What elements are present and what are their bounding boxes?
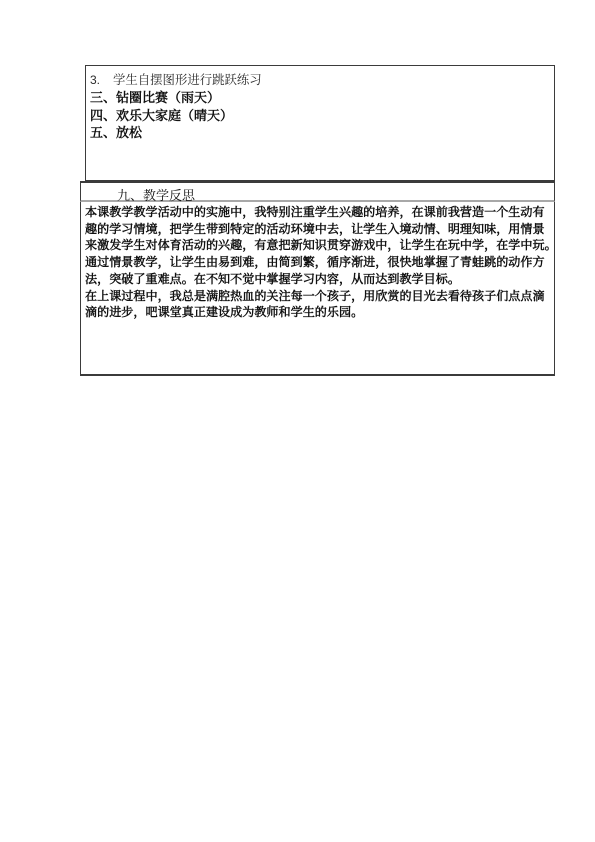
- table-cell-section-header: 九、教学反思: [80, 181, 555, 202]
- reflection-text-line: 法，突破了重难点。在不知不觉中掌握学习内容，从而达到教学目标。: [85, 271, 550, 288]
- document-page: 3.学生自摆图形进行跳跃练习 三、钻圈比赛（雨天） 四、欢乐大家庭（晴天） 五、…: [0, 0, 595, 842]
- lesson-step-text: 学生自摆图形进行跳跃练习: [113, 73, 262, 87]
- table-cell-reflection-body: 本课教学教学活动中的实施中，我特别注重学生兴趣的培养，在课前我营造一个生动有 趣…: [80, 202, 555, 376]
- reflection-text-line: 趣的学习情境，把学生带到特定的活动环境中去，让学生入境动情、明理知味，用情景: [85, 221, 550, 238]
- lesson-step-item: 三、钻圈比赛（雨天）: [90, 89, 550, 106]
- lesson-step-item: 四、欢乐大家庭（晴天）: [90, 107, 550, 124]
- section-header-title: 九、教学反思: [117, 188, 195, 203]
- table-cell-lesson-steps: 3.学生自摆图形进行跳跃练习 三、钻圈比赛（雨天） 四、欢乐大家庭（晴天） 五、…: [85, 65, 555, 181]
- reflection-text-line: 来激发学生对体育活动的兴趣，有意把新知识贯穿游戏中，让学生在玩中学，在学中玩。: [85, 237, 550, 254]
- lesson-step-item: 五、放松: [90, 124, 550, 141]
- reflection-text-line: 本课教学教学活动中的实施中，我特别注重学生兴趣的培养，在课前我营造一个生动有: [85, 204, 550, 221]
- lesson-step-number: 3.: [90, 72, 113, 89]
- reflection-text-line: 滴的进步，吧课堂真正建设成为教师和学生的乐园。: [85, 304, 550, 321]
- reflection-text-line: 通过情景教学，让学生由易到难，由简到繁，循序渐进，很快地掌握了青蛙跳的动作方: [85, 254, 550, 271]
- reflection-text-line: 在上课过程中，我总是满腔热血的关注每一个孩子，用欣赏的目光去看待孩子们点点滴: [85, 288, 550, 305]
- lesson-step-numbered: 3.学生自摆图形进行跳跃练习: [90, 72, 550, 89]
